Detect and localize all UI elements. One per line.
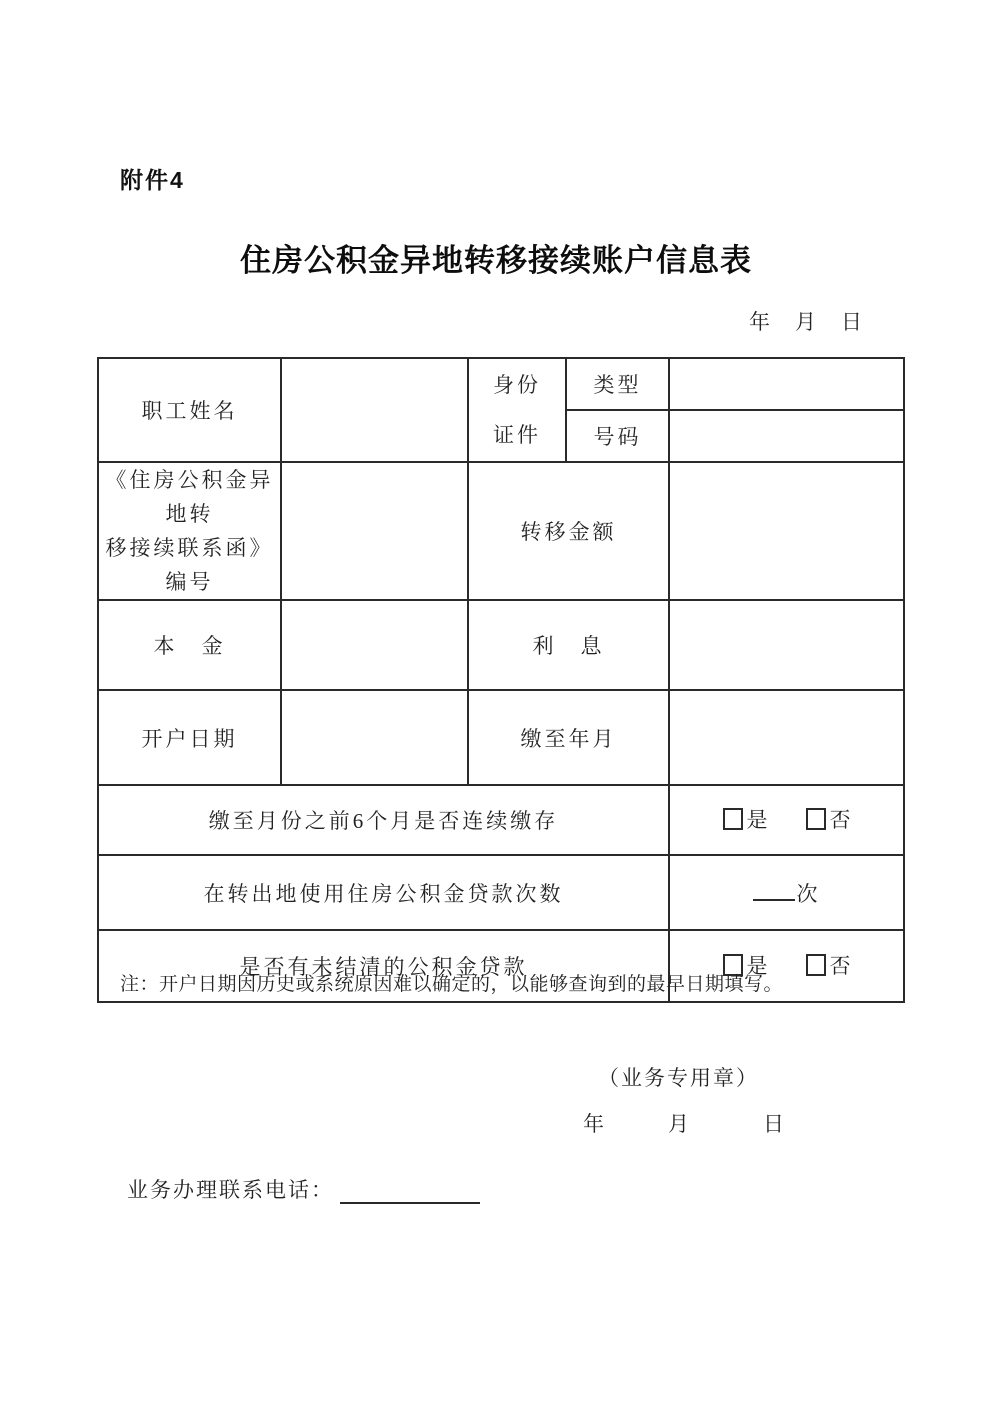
table-row: 在转出地使用住房公积金贷款次数 次	[98, 855, 904, 930]
checkbox-no-label: 否	[830, 804, 851, 834]
checkbox-continuous-yes[interactable]: 是	[723, 804, 768, 834]
seal-placeholder: （业务专用章）	[598, 1062, 759, 1092]
day-label: 日	[763, 1108, 784, 1138]
id-type-value-cell[interactable]	[669, 358, 904, 410]
table-row: 《住房公积金异地转 移接续联系函》编号 转移金额	[98, 462, 904, 600]
id-number-label: 号码	[566, 410, 669, 462]
table-row: 职工姓名 身份 证件 类型	[98, 358, 904, 410]
date-line-top: 年 月 日	[749, 306, 864, 336]
open-date-label: 开户日期	[98, 690, 281, 785]
id-document-label-line1: 身份	[469, 374, 565, 396]
employee-name-label: 职工姓名	[98, 358, 281, 462]
interest-label: 利 息	[468, 600, 669, 690]
table-row: 缴至月份之前6个月是否连续缴存 是否	[98, 785, 904, 855]
interest-value-cell[interactable]	[669, 600, 904, 690]
date-line-bottom: 年 月 日	[583, 1108, 784, 1138]
checkbox-continuous-no[interactable]: 否	[806, 804, 851, 834]
attachment-label: 附件4	[120, 162, 185, 195]
footnote: 注：开户日期因历史或系统原因难以确定的，以能够查询到的最早日期填写。	[120, 969, 920, 996]
table-row: 本 金 利 息	[98, 600, 904, 690]
question-loan-count: 在转出地使用住房公积金贷款次数	[98, 855, 669, 930]
principal-value-cell[interactable]	[281, 600, 468, 690]
question-continuous-deposit: 缴至月份之前6个月是否连续缴存	[98, 785, 669, 855]
times-label: 次	[797, 882, 821, 906]
month-label: 月	[668, 1108, 689, 1138]
info-table: 职工姓名 身份 证件 类型 号码 《住房公积金异地转 移接续联系函》编号	[97, 357, 905, 1003]
transfer-amount-value-cell[interactable]	[669, 462, 904, 600]
document-page: 附件4 住房公积金异地转移接续账户信息表 年 月 日 职工姓名 身份 证件 类型	[0, 0, 992, 1403]
continuous-deposit-answer-cell: 是否	[669, 785, 904, 855]
contact-phone-label: 业务办理联系电话：	[127, 1178, 334, 1202]
loan-count-blank[interactable]	[753, 879, 795, 901]
checkbox-yes-label: 是	[747, 804, 768, 834]
letter-number-label: 《住房公积金异地转 移接续联系函》编号	[98, 462, 281, 600]
checkbox-icon[interactable]	[806, 808, 826, 830]
id-type-label: 类型	[566, 358, 669, 410]
id-number-value-cell[interactable]	[669, 410, 904, 462]
open-date-value-cell[interactable]	[281, 690, 468, 785]
transfer-amount-label: 转移金额	[468, 462, 669, 600]
letter-number-label-line2: 移接续联系函》编号	[106, 536, 274, 594]
id-document-label-line2: 证件	[469, 424, 565, 446]
table-row: 开户日期 缴至年月	[98, 690, 904, 785]
contact-phone-blank[interactable]	[340, 1180, 480, 1204]
employee-name-value-cell[interactable]	[281, 358, 468, 462]
id-document-label: 身份 证件	[468, 358, 566, 462]
checkbox-icon[interactable]	[723, 808, 743, 830]
year-label: 年	[583, 1108, 604, 1138]
loan-count-answer-cell: 次	[669, 855, 904, 930]
page-title: 住房公积金异地转移接续账户信息表	[0, 235, 992, 280]
paid-to-month-label: 缴至年月	[468, 690, 669, 785]
contact-phone-row: 业务办理联系电话：	[127, 1174, 480, 1204]
principal-label: 本 金	[98, 600, 281, 690]
paid-to-month-value-cell[interactable]	[669, 690, 904, 785]
letter-number-label-line1: 《住房公积金异地转	[106, 468, 274, 526]
letter-number-value-cell[interactable]	[281, 462, 468, 600]
